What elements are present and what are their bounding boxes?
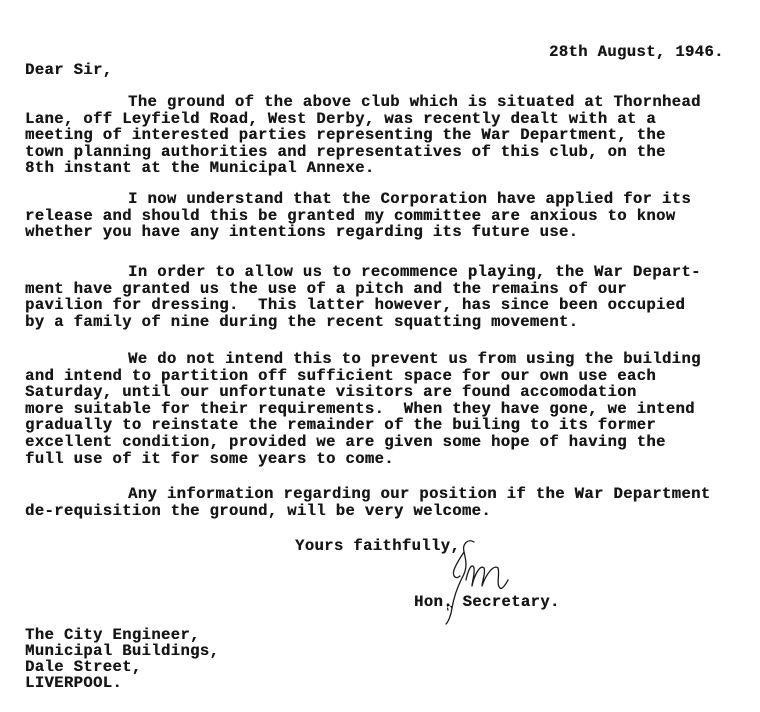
paragraph-2: I now understand that the Corporation ha… bbox=[25, 191, 691, 241]
paragraph-line: I now understand that the Corporation ha… bbox=[25, 191, 691, 208]
closing: Yours faithfully, bbox=[295, 538, 460, 554]
paragraph-line: Lane, off Leyfield Road, West Derby, was… bbox=[25, 111, 701, 128]
paragraph-line: and intend to partition off sufficient s… bbox=[25, 368, 701, 385]
paragraph-5: Any information regarding our position i… bbox=[25, 486, 710, 519]
recipient-address: The City Engineer, Municipal Buildings, … bbox=[25, 627, 219, 691]
paragraph-line: excellent condition, provided we are giv… bbox=[25, 434, 701, 451]
paragraph-line: The ground of the above club which is si… bbox=[25, 94, 701, 111]
letter-date: 28th August, 1946. bbox=[549, 44, 724, 60]
paragraph-line: meeting of interested parties representi… bbox=[25, 127, 701, 144]
paragraph-line: whether you have any intentions regardin… bbox=[25, 224, 691, 241]
address-line: LIVERPOOL. bbox=[25, 675, 219, 691]
paragraph-4: We do not intend this to prevent us from… bbox=[25, 351, 701, 467]
paragraph-3: In order to allow us to recommence playi… bbox=[25, 264, 701, 330]
paragraph-line: ment have granted us the use of a pitch … bbox=[25, 281, 701, 298]
paragraph-line: by a family of nine during the recent sq… bbox=[25, 314, 701, 331]
address-line: Dale Street, bbox=[25, 659, 219, 675]
paragraph-line: more suitable for their requirements. Wh… bbox=[25, 401, 701, 418]
paragraph-line: pavilion for dressing. This latter howev… bbox=[25, 297, 701, 314]
paragraph-line: Any information regarding our position i… bbox=[25, 486, 710, 503]
salutation: Dear Sir, bbox=[25, 62, 112, 78]
paragraph-line: 8th instant at the Municipal Annexe. bbox=[25, 160, 701, 177]
paragraph-line: Saturday, until our unfortunate visitors… bbox=[25, 384, 701, 401]
address-line: The City Engineer, bbox=[25, 627, 219, 643]
paragraph-line: release and should this be granted my co… bbox=[25, 208, 691, 225]
signatory-title: Hon. Secretary. bbox=[414, 594, 560, 610]
address-line: Municipal Buildings, bbox=[25, 643, 219, 659]
handwritten-signature bbox=[438, 534, 518, 626]
paragraph-line: town planning authorities and representa… bbox=[25, 144, 701, 161]
paragraph-line: In order to allow us to recommence playi… bbox=[25, 264, 701, 281]
paragraph-line: gradually to reinstate the remainder of … bbox=[25, 417, 701, 434]
paragraph-1: The ground of the above club which is si… bbox=[25, 94, 701, 177]
paragraph-line: We do not intend this to prevent us from… bbox=[25, 351, 701, 368]
typewritten-letter: 28th August, 1946. Dear Sir, The ground … bbox=[0, 0, 760, 712]
paragraph-line: full use of it for some years to come. bbox=[25, 451, 701, 468]
paragraph-line: de-requisition the ground, will be very … bbox=[25, 503, 710, 520]
